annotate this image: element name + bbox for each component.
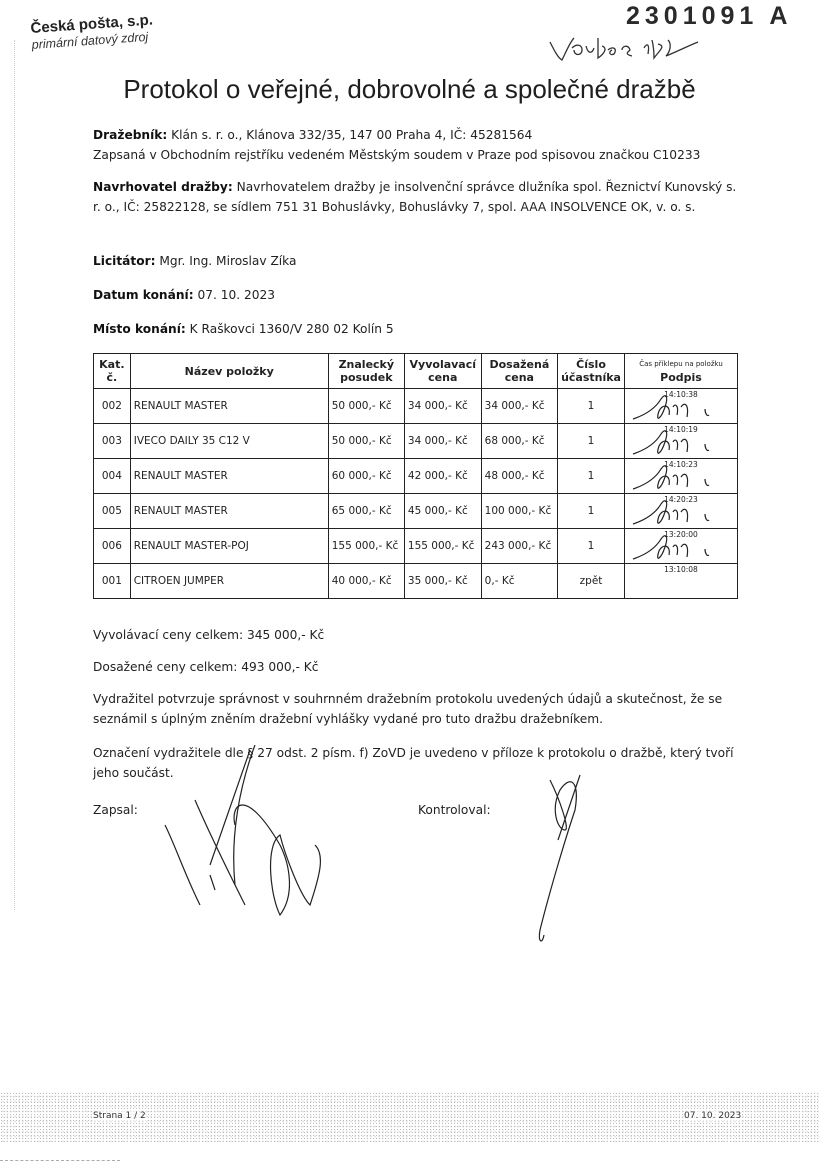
starting-price-cell: 45 000,- Kč bbox=[404, 494, 481, 529]
header-expert-valuation: Znalecký posudek bbox=[328, 354, 404, 389]
starting-price-cell: 42 000,- Kč bbox=[404, 459, 481, 494]
handwritten-note bbox=[548, 30, 728, 66]
starting-price-cell: 34 000,- Kč bbox=[404, 424, 481, 459]
document-title: Protokol o veřejné, dobrovolné a společn… bbox=[0, 74, 819, 105]
proposer-label: Navrhovatel dražby: bbox=[93, 180, 233, 194]
scan-edge-line bbox=[14, 40, 15, 910]
achieved-price-cell: 0,- Kč bbox=[481, 564, 557, 599]
achieved-price-cell: 68 000,- Kč bbox=[481, 424, 557, 459]
item-name-cell: CITROEN JUMPER bbox=[130, 564, 328, 599]
proposer-section: Navrhovatel dražby: Navrhovatelem dražby… bbox=[93, 177, 743, 217]
licitator-value: Mgr. Ing. Miroslav Zíka bbox=[159, 254, 296, 268]
auctioneer-value: Klán s. r. o., Klánova 332/35, 147 00 Pr… bbox=[171, 128, 532, 142]
item-name-cell: RENAULT MASTER-POJ bbox=[130, 529, 328, 564]
total-starting-prices: Vyvolávací ceny celkem: 345 000,- Kč bbox=[93, 625, 743, 645]
participant-number-cell: 1 bbox=[558, 389, 625, 424]
header-item-name: Název položky bbox=[130, 354, 328, 389]
participant-number-cell: 1 bbox=[558, 529, 625, 564]
post-office-stamp: Česká pošta, s.p. primární datový zdroj bbox=[30, 11, 154, 51]
signature-cell: 14:10:38 bbox=[624, 389, 737, 424]
footer-date: 07. 10. 2023 bbox=[684, 1111, 741, 1121]
participant-number-cell: zpět bbox=[558, 564, 625, 599]
cat-no-cell: 002 bbox=[94, 389, 131, 424]
participant-number-cell: 1 bbox=[558, 459, 625, 494]
header-signature-label: Podpis bbox=[660, 371, 702, 384]
expert-valuation-cell: 50 000,- Kč bbox=[328, 424, 404, 459]
expert-valuation-cell: 155 000,- Kč bbox=[328, 529, 404, 564]
hammer-time: 14:10:19 bbox=[625, 425, 737, 434]
table-row: 002RENAULT MASTER50 000,- Kč34 000,- Kč3… bbox=[94, 389, 738, 424]
cat-no-cell: 004 bbox=[94, 459, 131, 494]
auctioneer-section: Dražebník: Klán s. r. o., Klánova 332/35… bbox=[93, 125, 743, 165]
achieved-price-cell: 48 000,- Kč bbox=[481, 459, 557, 494]
participant-number-cell: 1 bbox=[558, 494, 625, 529]
place-value: K Raškovci 1360/V 280 02 Kolín 5 bbox=[190, 322, 394, 336]
table-header-row: Kat. č. Název položky Znalecký posudek V… bbox=[94, 354, 738, 389]
participant-number-cell: 1 bbox=[558, 424, 625, 459]
cat-no-cell: 006 bbox=[94, 529, 131, 564]
recorder-signature bbox=[160, 745, 330, 945]
controller-signature bbox=[530, 770, 590, 950]
auctioneer-registration: Zapsaná v Obchodním rejstříku vedeném Mě… bbox=[93, 148, 700, 162]
expert-valuation-cell: 60 000,- Kč bbox=[328, 459, 404, 494]
licitator-section: Licitátor: Mgr. Ing. Miroslav Zíka bbox=[93, 251, 743, 271]
bidder-confirmation-statement: Vydražitel potvrzuje správnost v souhrnn… bbox=[93, 689, 743, 729]
date-section: Datum konání: 07. 10. 2023 bbox=[93, 285, 743, 305]
item-name-cell: RENAULT MASTER bbox=[130, 389, 328, 424]
table-row: 003IVECO DAILY 35 C12 V50 000,- Kč34 000… bbox=[94, 424, 738, 459]
place-section: Místo konání: K Raškovci 1360/V 280 02 K… bbox=[93, 319, 743, 339]
table-row: 005RENAULT MASTER65 000,- Kč45 000,- Kč1… bbox=[94, 494, 738, 529]
table-row: 006RENAULT MASTER-POJ155 000,- Kč155 000… bbox=[94, 529, 738, 564]
licitator-label: Licitátor: bbox=[93, 254, 155, 268]
signature-cell: 13:20:00 bbox=[624, 529, 737, 564]
achieved-price-cell: 34 000,- Kč bbox=[481, 389, 557, 424]
header-cat-no: Kat. č. bbox=[94, 354, 131, 389]
header-participant-number: Číslo účastníka bbox=[558, 354, 625, 389]
page-footer: Strana 1 / 2 07. 10. 2023 bbox=[0, 1092, 819, 1142]
starting-price-cell: 34 000,- Kč bbox=[404, 389, 481, 424]
cat-no-cell: 005 bbox=[94, 494, 131, 529]
auction-items-table: Kat. č. Název položky Znalecký posudek V… bbox=[93, 353, 738, 599]
header-achieved-price: Dosažená cena bbox=[481, 354, 557, 389]
signature-cell: 14:20:23 bbox=[624, 494, 737, 529]
place-label: Místo konání: bbox=[93, 322, 186, 336]
date-value: 07. 10. 2023 bbox=[197, 288, 275, 302]
document-number: 2301091 A bbox=[626, 2, 792, 31]
cat-no-cell: 003 bbox=[94, 424, 131, 459]
starting-price-cell: 155 000,- Kč bbox=[404, 529, 481, 564]
item-name-cell: IVECO DAILY 35 C12 V bbox=[130, 424, 328, 459]
achieved-price-cell: 243 000,- Kč bbox=[481, 529, 557, 564]
hammer-time: 14:10:38 bbox=[625, 390, 737, 399]
item-name-cell: RENAULT MASTER bbox=[130, 494, 328, 529]
table-row: 004RENAULT MASTER60 000,- Kč42 000,- Kč4… bbox=[94, 459, 738, 494]
date-label: Datum konání: bbox=[93, 288, 194, 302]
header-signature-note: Čas příklepu na položku bbox=[628, 358, 734, 371]
signature-cell: 14:10:19 bbox=[624, 424, 737, 459]
expert-valuation-cell: 40 000,- Kč bbox=[328, 564, 404, 599]
item-name-cell: RENAULT MASTER bbox=[130, 459, 328, 494]
starting-price-cell: 35 000,- Kč bbox=[404, 564, 481, 599]
header-signature: Čas příklepu na položku Podpis bbox=[624, 354, 737, 389]
hammer-time: 14:10:23 bbox=[625, 460, 737, 469]
total-achieved-prices: Dosažené ceny celkem: 493 000,- Kč bbox=[93, 657, 743, 677]
signature-cell: 14:10:23 bbox=[624, 459, 737, 494]
expert-valuation-cell: 65 000,- Kč bbox=[328, 494, 404, 529]
header-starting-price: Vyvolavací cena bbox=[404, 354, 481, 389]
cat-no-cell: 001 bbox=[94, 564, 131, 599]
hammer-time: 13:10:08 bbox=[625, 565, 737, 574]
hammer-time: 14:20:23 bbox=[625, 495, 737, 504]
hammer-time: 13:20:00 bbox=[625, 530, 737, 539]
table-row: 001CITROEN JUMPER40 000,- Kč35 000,- Kč0… bbox=[94, 564, 738, 599]
auctioneer-label: Dražebník: bbox=[93, 128, 167, 142]
signature-cell: 13:10:08 bbox=[624, 564, 737, 599]
page-number: Strana 1 / 2 bbox=[93, 1111, 146, 1121]
expert-valuation-cell: 50 000,- Kč bbox=[328, 389, 404, 424]
achieved-price-cell: 100 000,- Kč bbox=[481, 494, 557, 529]
scan-artifact-line bbox=[0, 1160, 120, 1161]
